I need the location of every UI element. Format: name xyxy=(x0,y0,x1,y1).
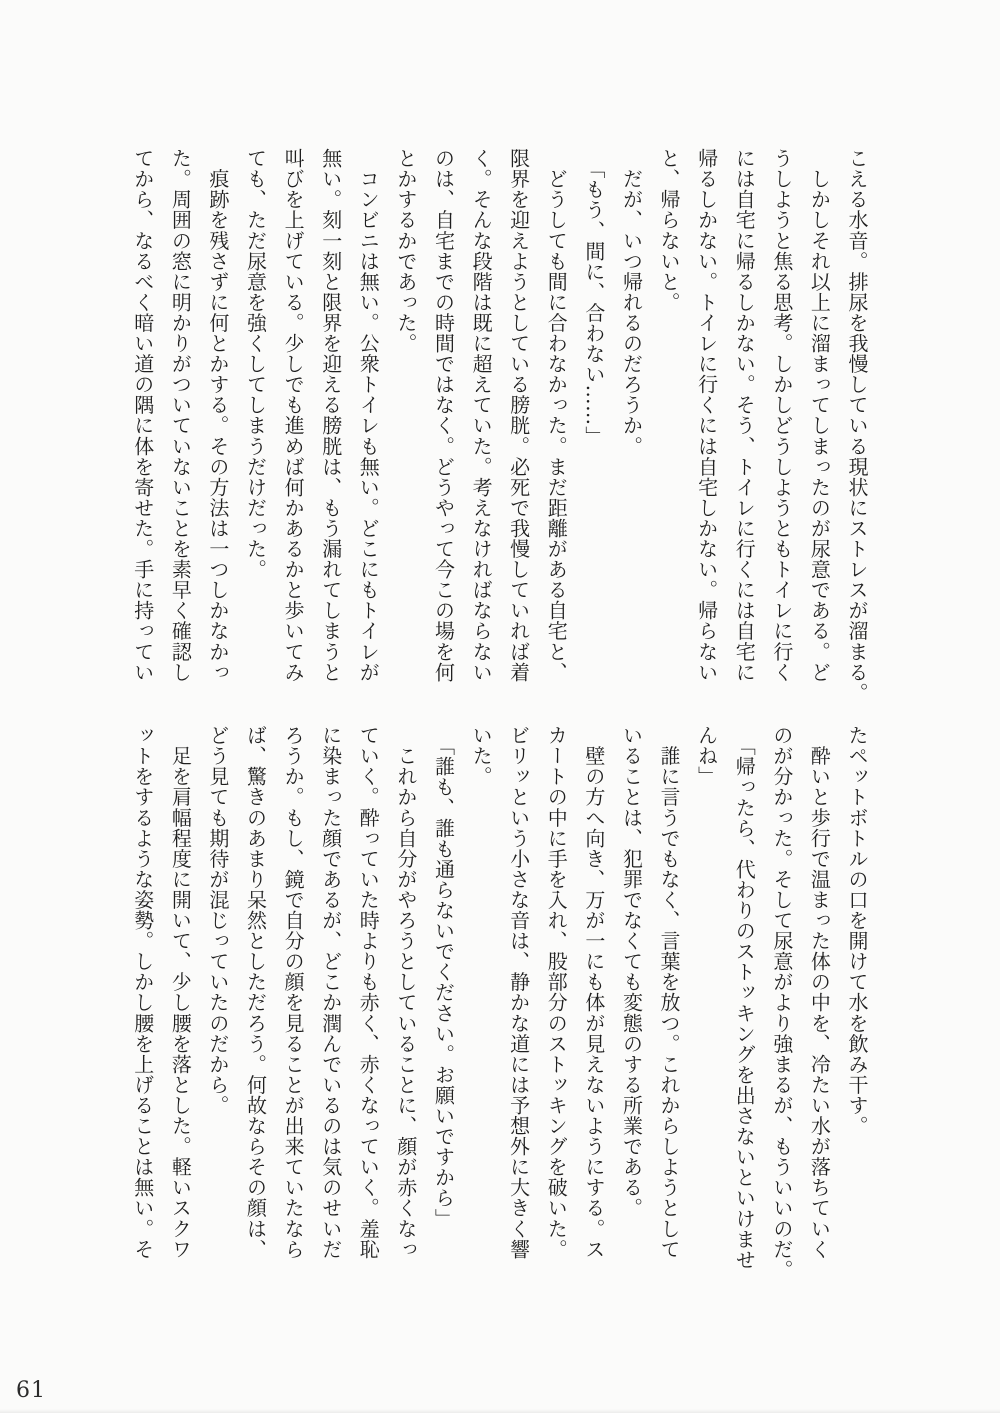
text-column: カートの中に手を入れ、股部分のストッキングを破いた。 xyxy=(537,725,575,1270)
text-column: のは、自宅までの時間ではなく。どうやって今この場を何 xyxy=(424,148,462,693)
text-column: とかするかであった。 xyxy=(386,148,424,693)
text-column: 足を肩幅程度に開いて、少し腰を落とした。軽いスクワ xyxy=(161,725,199,1270)
text-column: どうしても間に合わなかった。まだ距離がある自宅と、 xyxy=(537,148,575,693)
text-column: 「もう、間に、合わない……」 xyxy=(574,148,612,693)
page-bottom-edge xyxy=(0,1409,1000,1413)
text-column: しかしそれ以上に溜まってしまったのが尿意である。ど xyxy=(800,148,838,693)
text-column: には自宅に帰るしかない。そう、トイレに行くには自宅に xyxy=(725,148,763,693)
text-column: だが、いつ帰れるのだろうか。 xyxy=(612,148,650,693)
text-column: た。周囲の窓に明かりがついていないことを素早く確認し xyxy=(161,148,199,693)
text-column: と、帰らないと。 xyxy=(649,148,687,693)
text-column: んね」 xyxy=(687,725,725,1270)
text-column: 酔いと歩行で温まった体の中を、冷たい水が落ちていく xyxy=(800,725,838,1270)
text-column: く。そんな段階は既に超えていた。考えなければならない xyxy=(461,148,499,693)
text-column: ば、驚きのあまり呆然としただろう。何故ならその顔は、 xyxy=(236,725,274,1270)
text-column: 限界を迎えようとしている膀胱。必死で我慢していれば着 xyxy=(499,148,537,693)
text-column: 「誰も、誰も通らないでください。お願いですから」 xyxy=(424,725,462,1270)
text-block-bottom: たペットボトルの口を開けて水を飲み干す。 酔いと歩行で温まった体の中を、冷たい水… xyxy=(123,725,875,1270)
text-column: 誰に言うでもなく、言葉を放つ。これからしようとして xyxy=(649,725,687,1270)
text-column: 壁の方へ向き、万が一にも体が見えないようにする。ス xyxy=(574,725,612,1270)
text-column: 「帰ったら、代わりのストッキングを出さないといけませ xyxy=(725,725,763,1270)
text-column: ても、ただ尿意を強くしてしまうだけだった。 xyxy=(236,148,274,693)
text-column: ていく。酔っていた時よりも赤く、赤くなっていく。羞恥 xyxy=(349,725,387,1270)
page-number: 61 xyxy=(16,1378,46,1403)
text-block-top: こえる水音。排尿を我慢している現状にストレスが溜まる。 しかしそれ以上に溜まって… xyxy=(123,148,875,693)
text-column: いることは、犯罪でなくても変態のする所業である。 xyxy=(612,725,650,1270)
text-column: こえる水音。排尿を我慢している現状にストレスが溜まる。 xyxy=(837,148,875,693)
text-column: ビリッという小さな音は、静かな道には予想外に大きく響 xyxy=(499,725,537,1270)
novel-page: こえる水音。排尿を我慢している現状にストレスが溜まる。 しかしそれ以上に溜まって… xyxy=(0,0,1000,1413)
text-column: ットをするような姿勢。しかし腰を上げることは無い。そ xyxy=(123,725,161,1270)
text-column: これから自分がやろうとしていることに、顔が赤くなっ xyxy=(386,725,424,1270)
text-column: 叫びを上げている。少しでも進めば何かあるかと歩いてみ xyxy=(274,148,312,693)
text-column: 無い。刻一刻と限界を迎える膀胱は、もう漏れてしまうと xyxy=(311,148,349,693)
text-column: てから、なるべく暗い道の隅に体を寄せた。手に持ってい xyxy=(123,148,161,693)
text-column: たペットボトルの口を開けて水を飲み干す。 xyxy=(837,725,875,1270)
text-column: ろうか。もし、鏡で自分の顔を見ることが出来ていたなら xyxy=(274,725,312,1270)
text-column: のが分かった。そして尿意がより強まるが、もういいのだ。 xyxy=(762,725,800,1270)
text-column: 帰るしかない。トイレに行くには自宅しかない。帰らない xyxy=(687,148,725,693)
text-column: コンビニは無い。公衆トイレも無い。どこにもトイレが xyxy=(349,148,387,693)
text-column: どう見ても期待が混じっていたのだから。 xyxy=(198,725,236,1270)
text-column: いた。 xyxy=(461,725,499,1270)
text-column: 痕跡を残さずに何とかする。その方法は一つしかなかっ xyxy=(198,148,236,693)
text-column: に染まった顔であるが、どこか潤んでいるのは気のせいだ xyxy=(311,725,349,1270)
text-column: うしようと焦る思考。しかしどうしようともトイレに行く xyxy=(762,148,800,693)
